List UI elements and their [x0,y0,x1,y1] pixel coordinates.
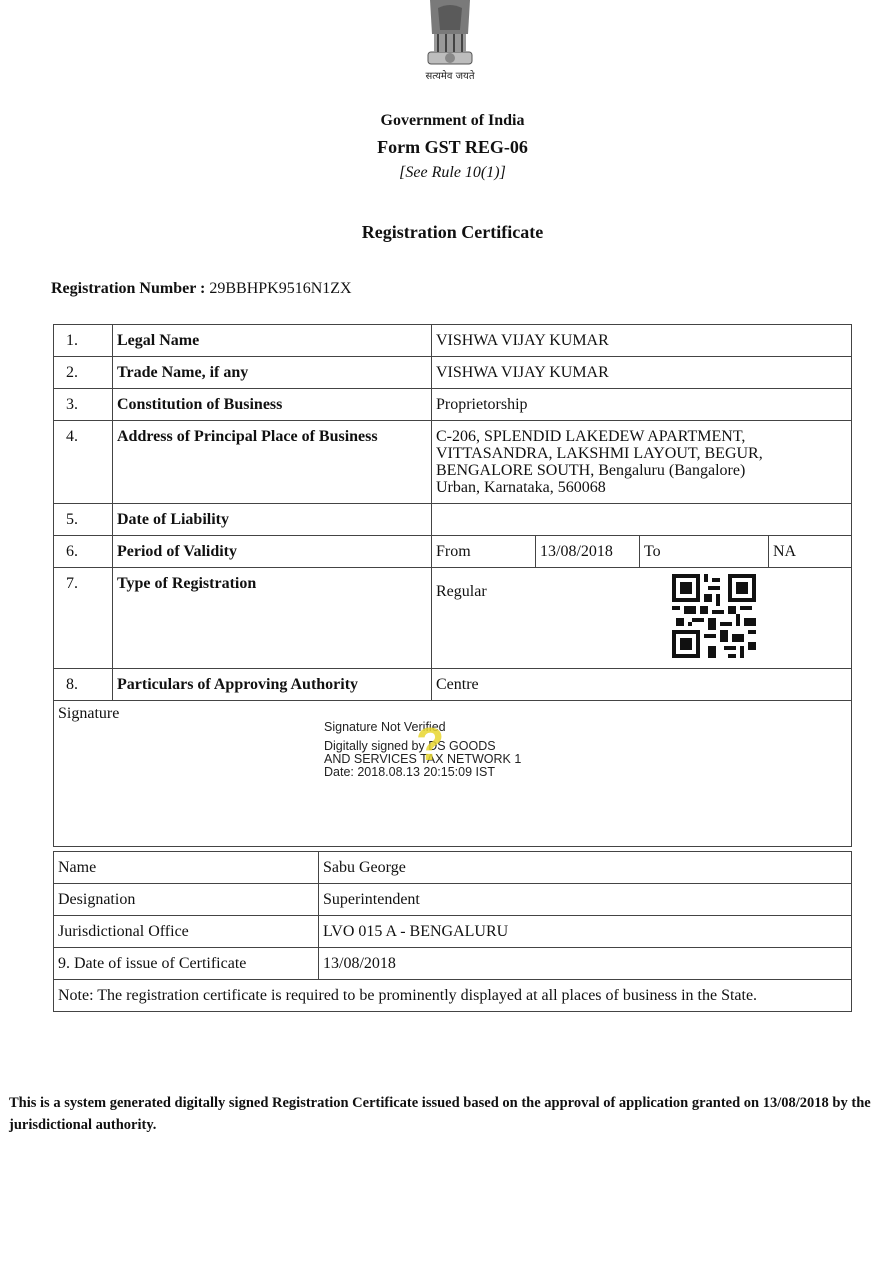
legal-name-value: VISHWA VIJAY KUMAR [432,325,852,357]
validity-to-label: To [640,536,769,568]
trade-name-value: VISHWA VIJAY KUMAR [432,357,852,389]
display-note: Note: The registration certificate is re… [54,980,852,1012]
jurisdictional-office-label: Jurisdictional Office [54,916,319,948]
registration-number-line: Registration Number : 29BBHPK9516N1ZX [51,280,352,298]
row-label: Address of Principal Place of Business [113,421,432,504]
row-label: Trade Name, if any [113,357,432,389]
signature-label: Signature [58,705,847,722]
table-row: 7. Type of Registration Regular [54,568,852,669]
officer-name-value: Sabu George [319,852,852,884]
designation-label: Designation [54,884,319,916]
table-row: 8. Particulars of Approving Authority Ce… [54,669,852,701]
validity-from-label: From [432,536,536,568]
issue-date-value: 13/08/2018 [319,948,852,980]
officer-details-table: Name Sabu George Designation Superintend… [53,851,852,1012]
row-number: 7. [54,568,113,669]
row-number: 1. [54,325,113,357]
table-row: 3. Constitution of Business Proprietorsh… [54,389,852,421]
table-row: 4. Address of Principal Place of Busines… [54,421,852,504]
designation-value: Superintendent [319,884,852,916]
signature-cell: Signature Signature Not Verified Digital… [54,701,852,847]
jurisdictional-office-value: LVO 015 A - BENGALURU [319,916,852,948]
rule-reference: [See Rule 10(1)] [0,164,895,182]
row-label: Date of Liability [113,504,432,536]
row-label: Particulars of Approving Authority [113,669,432,701]
row-number: 2. [54,357,113,389]
qr-code-icon [672,574,756,658]
validity-to-value: NA [769,536,852,568]
table-row: 9. Date of issue of Certificate 13/08/20… [54,948,852,980]
table-row: Designation Superintendent [54,884,852,916]
row-label: Type of Registration [113,568,432,669]
table-row: 1. Legal Name VISHWA VIJAY KUMAR [54,325,852,357]
certificate-title: Registration Certificate [0,222,895,243]
row-number: 3. [54,389,113,421]
row-number: 6. [54,536,113,568]
table-row: Jurisdictional Office LVO 015 A - BENGAL… [54,916,852,948]
registration-number-label: Registration Number : [51,280,205,297]
issue-date-label: 9. Date of issue of Certificate [54,948,319,980]
registration-type-cell: Regular [432,568,852,669]
registration-type-value: Regular [436,583,847,600]
signature-row: Signature Signature Not Verified Digital… [54,701,852,847]
row-number: 4. [54,421,113,504]
row-number: 5. [54,504,113,536]
table-row: 5. Date of Liability [54,504,852,536]
row-label: Period of Validity [113,536,432,568]
registration-details-table: 1. Legal Name VISHWA VIJAY KUMAR 2. Trad… [53,324,852,847]
row-label: Constitution of Business [113,389,432,421]
address-value: C-206, SPLENDID LAKEDEW APARTMENT, VITTA… [432,421,852,504]
table-row: Name Sabu George [54,852,852,884]
table-row: 2. Trade Name, if any VISHWA VIJAY KUMAR [54,357,852,389]
table-row: 6. Period of Validity From 13/08/2018 To… [54,536,852,568]
registration-number-value: 29BBHPK9516N1ZX [209,280,351,297]
system-generated-footer: This is a system generated digitally sig… [9,1092,893,1136]
question-mark-icon[interactable]: ? [416,721,444,767]
government-heading: Government of India [0,112,895,130]
date-of-liability-value [432,504,852,536]
national-emblem-icon [420,0,480,68]
form-name: Form GST REG-06 [0,137,895,158]
national-motto: सत्यमेव जयते [390,68,510,82]
row-number: 8. [54,669,113,701]
table-row: Note: The registration certificate is re… [54,980,852,1012]
approving-authority-value: Centre [432,669,852,701]
constitution-value: Proprietorship [432,389,852,421]
row-label: Legal Name [113,325,432,357]
officer-name-label: Name [54,852,319,884]
validity-from-value: 13/08/2018 [536,536,640,568]
